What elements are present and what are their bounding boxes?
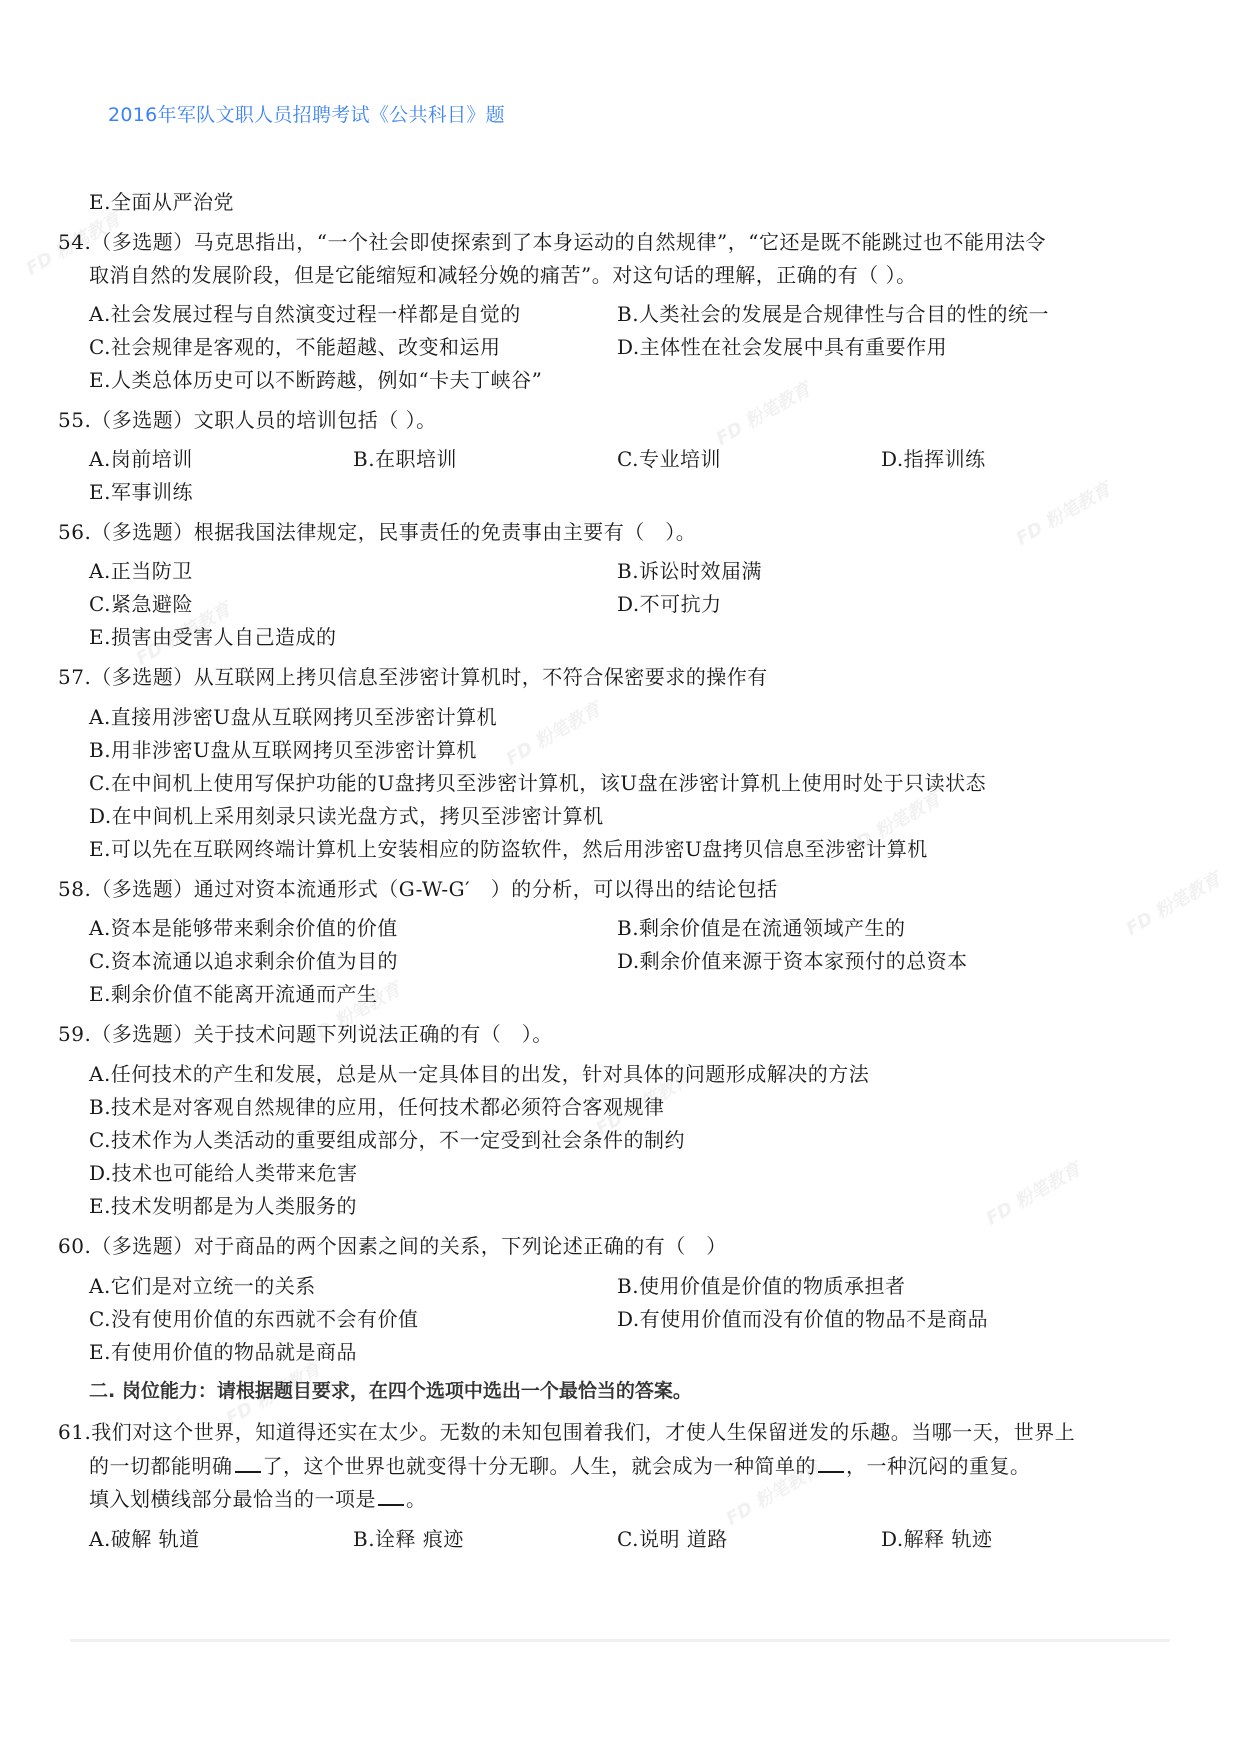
q55-option-a: A.岗前培训 [89,445,193,473]
q56-option-e: E.损害由受害人自己造成的 [89,623,336,651]
q56-option-a: A.正当防卫 [89,557,193,585]
question-54-stem: 54.（多选题）马克思指出，“一个社会即使探索到了本身运动的自然规律”，“它还是… [58,228,1046,256]
q59-option-c: C.技术作为人类活动的重要组成部分，不一定受到社会条件的制约 [89,1126,685,1154]
question-54-stem-cont: 取消自然的发展阶段，但是它能缩短和减轻分娩的痛苦”。对这句话的理解，正确的有（ … [89,261,917,289]
q61-option-a: A.破解 轨道 [89,1525,200,1553]
q56-option-b: B.诉讼时效届满 [617,557,762,585]
q60-option-d: D.有使用价值而没有价值的物品不是商品 [617,1305,988,1333]
q60-option-a: A.它们是对立统一的关系 [89,1272,316,1300]
watermark: FD 粉笔教育 [981,1155,1085,1230]
question-61-stem: 61.我们对这个世界，知道得还实在太少。无数的未知包围着我们，才使人生保留迸发的… [58,1418,1075,1446]
watermark: FD 粉笔教育 [1011,475,1115,550]
watermark: FD 粉笔教育 [711,375,815,450]
q61-prompt-end: 。 [406,1487,427,1511]
fill-blank-2 [818,1453,844,1473]
q55-option-b: B.在职培训 [353,445,457,473]
q57-option-e: E.可以先在互联网终端计算机上安装相应的防盗软件，然后用涉密U盘拷贝信息至涉密计… [89,835,928,863]
q59-option-e: E.技术发明都是为人类服务的 [89,1192,357,1220]
question-58-stem: 58.（多选题）通过对资本流通形式（G-W-G′ ）的分析，可以得出的结论包括 [58,875,778,903]
q59-option-d: D.技术也可能给人类带来危害 [89,1159,358,1187]
q60-option-e: E.有使用价值的物品就是商品 [89,1338,357,1366]
section-heading: 二. 岗位能力：请根据题目要求，在四个选项中选出一个最恰当的答案。 [89,1377,692,1405]
q57-option-d: D.在中间机上采用刻录只读光盘方式，拷贝至涉密计算机 [89,802,604,830]
q54-option-e: E.人类总体历史可以不断跨越，例如“卡夫丁峡谷” [89,366,542,394]
question-57-stem: 57.（多选题）从互联网上拷贝信息至涉密计算机时，不符合保密要求的操作有 [58,663,768,691]
footer-divider [70,1639,1170,1642]
q61-option-c: C.说明 道路 [617,1525,728,1553]
question-59-stem: 59.（多选题）关于技术问题下列说法正确的有（ ）。 [58,1020,553,1048]
q54-option-b: B.人类社会的发展是合规律性与合目的性的统一 [617,300,1049,328]
q61-text-part3: ，一种沉闷的重复。 [846,1454,1031,1478]
q61-option-b: B.诠释 痕迹 [353,1525,464,1553]
q57-option-b: B.用非涉密U盘从互联网拷贝至涉密计算机 [89,736,477,764]
continued-option-e: E.全面从严治党 [89,188,234,216]
watermark: FD 粉笔教育 [501,695,605,770]
q61-text-part2: 了，这个世界也就变得十分无聊。人生，就会成为一种简单的 [263,1454,817,1478]
question-60-stem: 60.（多选题）对于商品的两个因素之间的关系，下列论述正确的有（ ） [58,1232,727,1260]
q61-text-part1: 的一切都能明确 [89,1454,233,1478]
page-header-title: 2016年军队文职人员招聘考试《公共科目》题 [108,100,505,127]
q58-option-c: C.资本流通以追求剩余价值为目的 [89,947,398,975]
fill-blank-3 [378,1486,404,1506]
fill-blank-1 [235,1453,261,1473]
q57-option-a: A.直接用涉密U盘从互联网拷贝至涉密计算机 [89,703,497,731]
q56-option-c: C.紧急避险 [89,590,193,618]
q61-option-d: D.解释 轨迹 [881,1525,993,1553]
q58-option-e: E.剩余价值不能离开流通而产生 [89,980,377,1008]
watermark: FD 粉笔教育 [1121,865,1225,940]
question-61-stem-cont: 的一切都能明确了，这个世界也就变得十分无聊。人生，就会成为一种简单的，一种沉闷的… [89,1452,1031,1480]
q58-option-a: A.资本是能够带来剩余价值的价值 [89,914,398,942]
q55-option-d: D.指挥训练 [881,445,986,473]
q55-option-c: C.专业培训 [617,445,721,473]
question-61-prompt: 填入划横线部分最恰当的一项是。 [89,1485,427,1513]
q56-option-d: D.不可抗力 [617,590,722,618]
q55-option-e: E.军事训练 [89,478,193,506]
q60-option-b: B.使用价值是价值的物质承担者 [617,1272,906,1300]
q57-option-c: C.在中间机上使用写保护功能的U盘拷贝至涉密计算机，该U盘在涉密计算机上使用时处… [89,769,986,797]
question-55-stem: 55.（多选题）文职人员的培训包括（ ）。 [58,406,437,434]
q54-option-d: D.主体性在社会发展中具有重要作用 [617,333,947,361]
q59-option-b: B.技术是对客观自然规律的应用，任何技术都必须符合客观规律 [89,1093,665,1121]
q54-option-a: A.社会发展过程与自然演变过程一样都是自觉的 [89,300,521,328]
q61-prompt-text: 填入划横线部分最恰当的一项是 [89,1487,376,1511]
q54-option-c: C.社会规律是客观的，不能超越、改变和运用 [89,333,500,361]
q58-option-b: B.剩余价值是在流通领域产生的 [617,914,906,942]
q60-option-c: C.没有使用价值的东西就不会有价值 [89,1305,418,1333]
q59-option-a: A.任何技术的产生和发展，总是从一定具体目的出发，针对具体的问题形成解决的方法 [89,1060,869,1088]
q58-option-d: D.剩余价值来源于资本家预付的总资本 [617,947,968,975]
question-56-stem: 56.（多选题）根据我国法律规定，民事责任的免责事由主要有（ ）。 [58,518,696,546]
